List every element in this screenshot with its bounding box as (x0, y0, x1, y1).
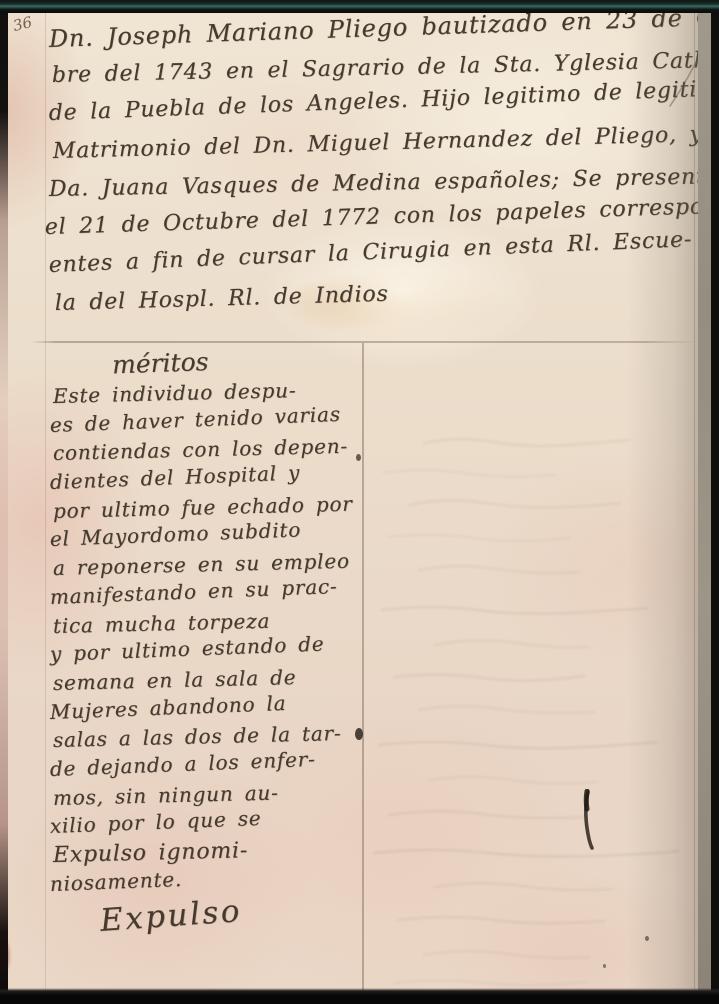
scan-border-bottom (0, 988, 719, 1004)
scan-border-left (0, 0, 8, 1004)
meritos-section: méritos Este individuo despu- es de have… (50, 346, 362, 900)
left-margin-line (45, 13, 46, 989)
gutter-strip (698, 0, 711, 1004)
ink-stroke-mark (581, 789, 597, 851)
intro-paragraph: Dn. Joseph Mariano Pliego bautizado en 2… (49, 25, 714, 329)
scan-border-right (711, 0, 719, 1004)
manuscript-scan: 36 Dn. Joseph Mariano Pliego bautizado e… (0, 0, 719, 1004)
meritos-heading: méritos (112, 342, 363, 380)
ink-speck (355, 728, 363, 740)
scan-border-top (0, 0, 719, 13)
ink-speck (603, 964, 606, 968)
ink-speck (356, 454, 361, 461)
